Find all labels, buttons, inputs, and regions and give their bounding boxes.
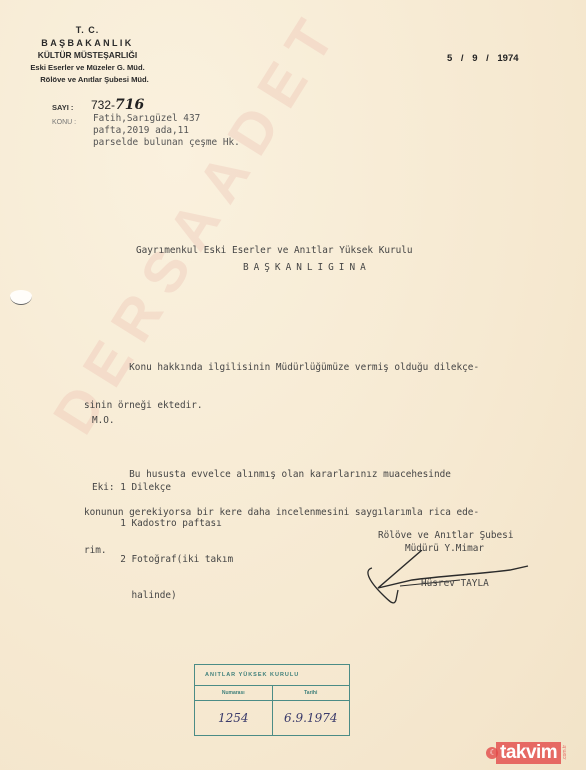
stamp-number: 1254 [195, 701, 273, 735]
closing: M.O. [92, 415, 115, 428]
attachment-line: halinde) [92, 590, 233, 602]
sayi-label: SAYI : [52, 103, 73, 112]
stamp-title: ANITLAR YÜKSEK KURULU [195, 665, 349, 686]
attachment-line: Eki: 1 Dilekçe [92, 482, 233, 494]
registry-stamp: ANITLAR YÜKSEK KURULU Numarası Tarihi 12… [194, 664, 350, 736]
addressee-title: BAŞKANLIGINA [243, 262, 371, 275]
punch-hole [10, 290, 32, 305]
letterhead-line: Rölöve ve Anıtlar Şubesi Müd. [0, 74, 175, 87]
letterhead-line: Eski Eserler ve Müzeler G. Müd. [0, 62, 175, 75]
letterhead-line: BAŞBAKANLIK [0, 37, 175, 50]
sayi-typed: 732- [91, 98, 115, 112]
letterhead: T. C. BAŞBAKANLIK KÜLTÜR MÜSTEŞARLIĞI Es… [0, 24, 175, 87]
sayi-handwritten: 716 [115, 97, 144, 113]
letterhead-line: KÜLTÜR MÜSTEŞARLIĞI [0, 49, 175, 62]
attachment-line: 1 Kadostro paftası [92, 518, 233, 530]
logo-brand: takvim [496, 742, 561, 764]
stamp-number-header: Numarası [195, 686, 273, 700]
logo-tld: .com.tr [562, 745, 568, 760]
konu-line: Fatih,Sarıgüzel 437 [93, 113, 240, 125]
body-line: Konu hakkında ilgilisinin Müdürlüğümüze … [84, 362, 564, 375]
signatory-office: Rölöve ve Anıtlar Şubesi [378, 530, 513, 543]
sayi-value: 732-716 [91, 97, 144, 113]
letterhead-line: T. C. [0, 24, 175, 37]
attachments-list: Eki: 1 Dilekçe 1 Kadostro paftası 2 Foto… [92, 458, 233, 614]
konu-text: Fatih,Sarıgüzel 437pafta,2019 ada,11pars… [93, 113, 240, 149]
signatory-name: Hüsrev TAYLA [421, 578, 489, 591]
addressee-line: Gayrımenkul Eski Eserler ve Anıtlar Yüks… [136, 245, 413, 258]
konu-line: pafta,2019 ada,11 [93, 125, 240, 137]
stamp-date-header: Tarihi [273, 686, 350, 700]
body-line: sinin örneği ektedir. [84, 400, 564, 413]
stamp-date: 6.9.1974 [273, 701, 350, 735]
attachment-line: 2 Fotoğraf(iki takım [92, 554, 233, 566]
document-date: 5 / 9 / 1974 [447, 53, 519, 64]
konu-line: parselde bulunan çeşme Hk. [93, 137, 240, 149]
source-logo: ☾ takvim .com.tr [486, 742, 568, 764]
konu-label: KONU : [52, 119, 76, 126]
